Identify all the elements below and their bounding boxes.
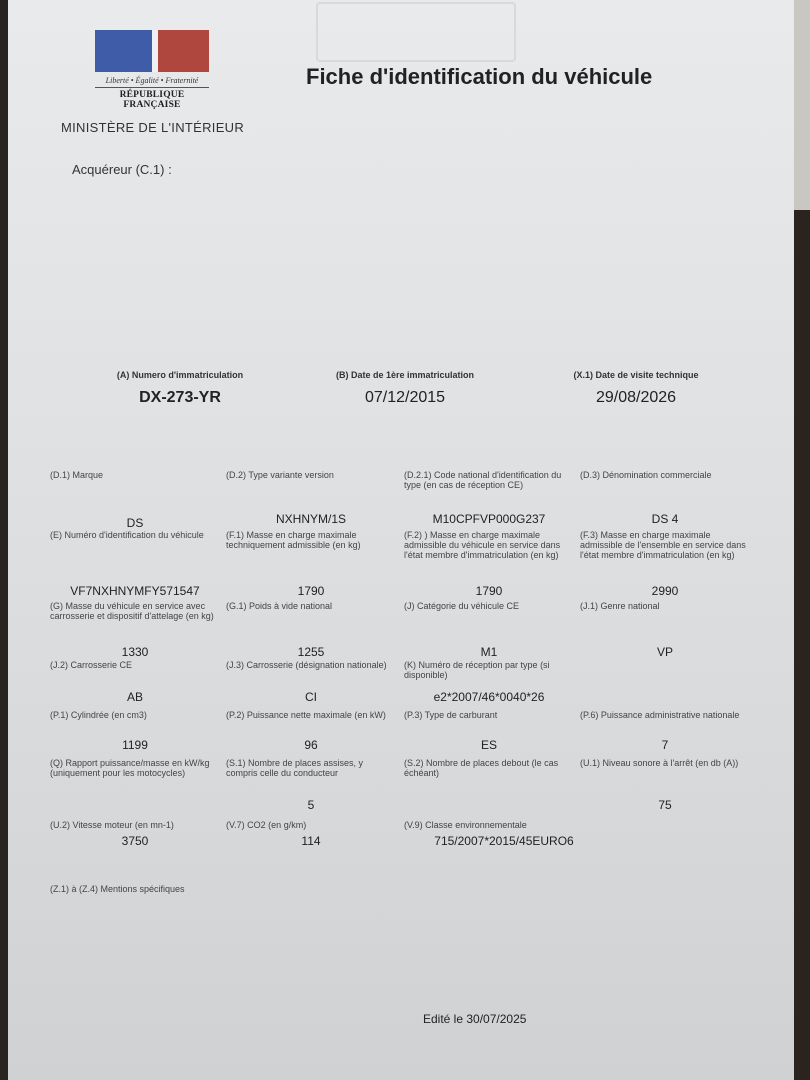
field-label: (D.1) Marque	[50, 470, 220, 480]
field-value: DX-273-YR	[100, 389, 260, 407]
field-label: (U.2) Vitesse moteur (en mn-1)	[50, 820, 220, 830]
field-value: VP	[580, 645, 750, 659]
acquirer-label: Acquéreur (C.1) :	[72, 162, 172, 177]
field-label: (P.1) Cylindrée (en cm3)	[50, 710, 220, 720]
field-value: DS 4	[580, 512, 750, 526]
ministry-label: MINISTÈRE DE L'INTÉRIEUR	[61, 120, 244, 135]
field-label: (K) Numéro de réception par type (si dis…	[404, 660, 574, 680]
field-label: (B) Date de 1ère immatriculation	[320, 370, 490, 380]
page-title: Fiche d'identification du véhicule	[306, 64, 652, 90]
field-label: (J.1) Genre national	[580, 601, 750, 611]
field-label: (J) Catégorie du véhicule CE	[404, 601, 574, 611]
field-value: VF7NXHNYMFY571547	[50, 584, 220, 598]
flag-icon	[95, 30, 209, 72]
field-value: 2990	[580, 584, 750, 598]
field-label: (X.1) Date de visite technique	[556, 370, 716, 380]
field-value: 5	[226, 798, 396, 812]
show-through-stamp	[316, 2, 516, 62]
field-value: 715/2007*2015/45EURO6	[404, 834, 604, 848]
field-value: 7	[580, 738, 750, 752]
motto: Liberté • Égalité • Fraternité	[95, 76, 209, 85]
field-value: 96	[226, 738, 396, 752]
registration-number: (A) Numero d'immatriculation DX-273-YR	[100, 370, 260, 407]
field-value: 75	[580, 798, 750, 812]
field-label: (P.3) Type de carburant	[404, 710, 574, 720]
field-label: (G) Masse du véhicule en service avec ca…	[50, 601, 220, 621]
field-value: 1199	[50, 738, 220, 752]
field-label: (D.2.1) Code national d'identification d…	[404, 470, 574, 490]
field-value: DS	[50, 516, 220, 530]
field-label: (F.2) ) Masse en charge maximale admissi…	[404, 530, 574, 560]
field-label: (Q) Rapport puissance/masse en kW/kg (un…	[50, 758, 220, 778]
field-label: (J.3) Carrosserie (désignation nationale…	[226, 660, 396, 670]
field-label: (V.7) CO2 (en g/km)	[226, 820, 396, 830]
field-label: (D.2) Type variante version	[226, 470, 396, 480]
field-value: 3750	[50, 834, 220, 848]
field-label: (D.3) Dénomination commerciale	[580, 470, 750, 480]
field-label: (F.1) Masse en charge maximale technique…	[226, 530, 396, 550]
field-label: (A) Numero d'immatriculation	[100, 370, 260, 380]
field-value: 1255	[226, 645, 396, 659]
inspection-date: (X.1) Date de visite technique 29/08/202…	[556, 370, 716, 407]
field-value: M1	[404, 645, 574, 659]
field-value: ES	[404, 738, 574, 752]
first-registration-date: (B) Date de 1ère immatriculation 07/12/2…	[320, 370, 490, 407]
field-value: 1790	[226, 584, 396, 598]
field-value: e2*2007/46*0040*26	[404, 690, 574, 704]
field-value: 1330	[50, 645, 220, 659]
mentions-label: (Z.1) à (Z.4) Mentions spécifiques	[50, 884, 185, 894]
acquirer-field: Acquéreur (C.1) :	[72, 162, 172, 177]
field-label: (S.2) Nombre de places debout (le cas éc…	[404, 758, 574, 778]
field-label: (F.3) Masse en charge maximale admissibl…	[580, 530, 750, 560]
field-label: (V.9) Classe environnementale	[404, 820, 574, 830]
field-value: 07/12/2015	[320, 389, 490, 407]
field-label: (E) Numéro d'identification du véhicule	[50, 530, 220, 540]
field-label: (P.2) Puissance nette maximale (en kW)	[226, 710, 396, 720]
field-value: M10CPFVP000G237	[404, 512, 574, 526]
field-label: (S.1) Nombre de places assises, y compri…	[226, 758, 396, 778]
field-value: 29/08/2026	[556, 389, 716, 407]
field-label: (J.2) Carrosserie CE	[50, 660, 220, 670]
field-value: 114	[226, 834, 396, 848]
field-value: AB	[50, 690, 220, 704]
field-value: 1790	[404, 584, 574, 598]
edition-date: Edité le 30/07/2025	[423, 1012, 526, 1026]
republic-label: RÉPUBLIQUE FRANÇAISE	[95, 87, 209, 110]
field-label: (P.6) Puissance administrative nationale	[580, 710, 750, 720]
field-label: (U.1) Niveau sonore à l'arrêt (en db (A)…	[580, 758, 750, 768]
marianne-logo: Liberté • Égalité • Fraternité RÉPUBLIQU…	[95, 30, 209, 110]
document-page: Liberté • Égalité • Fraternité RÉPUBLIQU…	[8, 0, 794, 1080]
field-value: CI	[226, 690, 396, 704]
field-label: (G.1) Poids à vide national	[226, 601, 396, 611]
field-value: NXHNYM/1S	[226, 512, 396, 526]
